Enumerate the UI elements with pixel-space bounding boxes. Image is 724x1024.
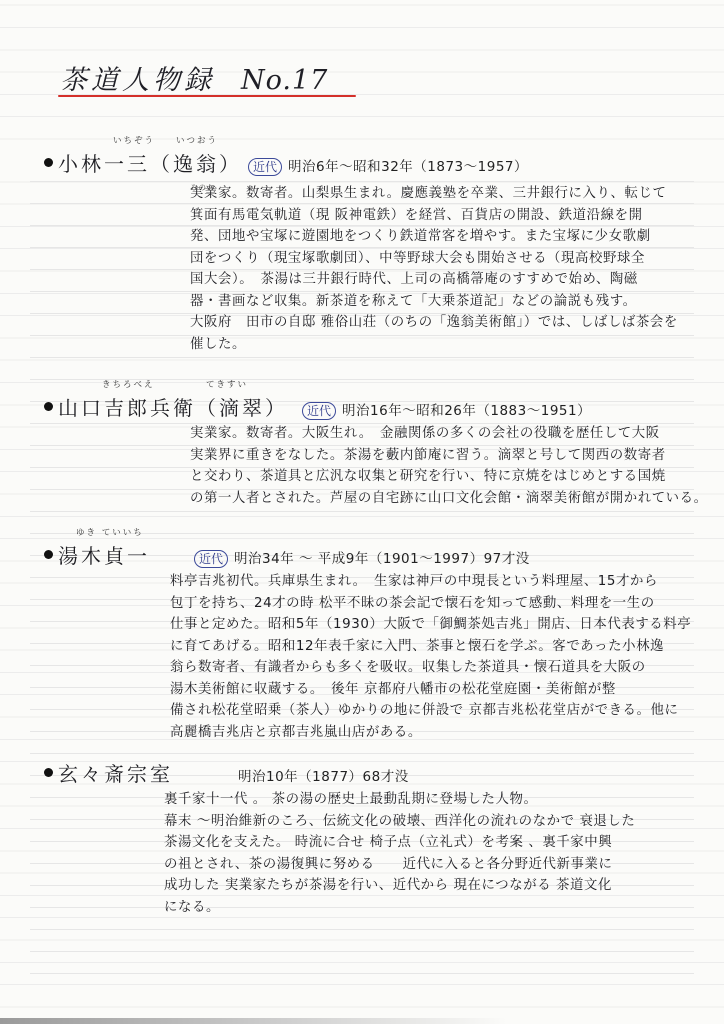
body-line: 包丁を持ち、24才の時 松平不昧の茶会記で懐石を知って感動、料理を一生の <box>170 593 724 615</box>
body-line: 国大会）。 茶湯は三井銀行時代、上司の高橋箒庵のすすめで始め、陶磁 <box>190 269 724 291</box>
body-line: 幕末 〜明治維新のころ、伝統文化の破壊、西洋化の流れのなかで 衰退した <box>164 811 724 833</box>
page-title: 茶道人物録No.17 <box>60 58 352 97</box>
body-line: 団をつくり（現宝塚歌劇団）、中等野球大会も開始させる（現高校野球全 <box>190 248 724 270</box>
entry-kobayashi-ichizo: いちぞう いつおう 小林一三（逸翁） 近代 明治6年〜昭和32年（1873〜19… <box>44 148 704 349</box>
body-line: の第一人者とされた。芦屋の自宅跡に山口文化会館・滴翠美術館が開かれている。 <box>190 488 724 510</box>
body-line: 箕面有馬電気軌道（現 阪神電鉄）を経営、百貨店の開設、鉄道沿線を開 <box>190 205 724 227</box>
body-line: 湯木美術館に収蔵する。 後年 京都府八幡市の松花堂庭園・美術館が整 <box>170 679 724 701</box>
bullet-icon <box>44 768 53 777</box>
body-line: 実業界に重きをなした。茶湯を藪内節庵に習う。滴翠と号して関西の数寄者 <box>190 445 724 467</box>
body-line: 裏千家十一代 。 茶の湯の歴史上最動乱期に登場した人物。 <box>164 789 724 811</box>
body-line: 実業家。数寄者。大阪生れ。 金融関係の多くの会社の役職を歴任して大阪 <box>190 423 724 445</box>
entry-header: いちぞう いつおう 小林一三（逸翁） 近代 明治6年〜昭和32年（1873〜19… <box>44 148 704 177</box>
person-name: ゆき ていいち 湯木貞一 <box>58 540 180 569</box>
furigana-alias: てきすい <box>206 378 248 390</box>
entry-gengensai-soshitsu: 玄々斎宗室 明治10年（1877）68才没 裏千家十一代 。 茶の湯の歴史上最動… <box>44 758 704 916</box>
life-dates: 明治10年（1877）68才没 <box>238 765 409 785</box>
entry-body: 実業家。数寄者。大阪生れ。 金融関係の多くの会社の役職を歴任して大阪 実業界に重… <box>190 423 724 509</box>
body-line: 発、団地や宝塚に遊園地をつくり鉄道常客を増やす。また宝塚に少女歌劇 <box>190 226 724 248</box>
body-line: 実業家。数寄者。山梨県生まれ。慶應義塾を卒業、三井銀行に入り、転じて <box>190 183 724 205</box>
title-red-underline <box>58 95 356 97</box>
entry-yuki-teiichi: ゆき ていいち 湯木貞一 近代 明治34年 〜 平成9年（1901〜1997）9… <box>44 540 704 741</box>
entry-body: 裏千家十一代 。 茶の湯の歴史上最動乱期に登場した人物。 幕末 〜明治維新のころ… <box>164 789 724 918</box>
era-badge: 近代 <box>248 158 282 176</box>
entry-yamaguchi-kichirobei: きちろべえ てきすい 山口吉郎兵衛（滴翠） 近代 明治16年〜昭和26年（188… <box>44 392 704 507</box>
person-name: きちろべえ てきすい 山口吉郎兵衛（滴翠） <box>58 392 288 421</box>
life-dates: 明治34年 〜 平成9年（1901〜1997）97才没 <box>234 547 530 567</box>
furigana-name: ゆき ていいち <box>76 526 144 538</box>
body-line: 催した。 <box>190 334 724 356</box>
scan-edge <box>0 1018 724 1024</box>
body-line: の祖とされ、茶の湯復興に努める 近代に入ると各分野近代新事業に <box>164 854 724 876</box>
body-line: に育てあげる。昭和12年表千家に入門、茶事と懐石を学ぶ。客であった小林逸 <box>170 636 724 658</box>
body-line: 茶湯文化を支えた。 時流に合せ 椅子点（立礼式）を考案 、裏千家中興 <box>164 832 724 854</box>
entry-header: 玄々斎宗室 明治10年（1877）68才没 <box>44 758 704 787</box>
page-number: No.17 <box>241 65 328 96</box>
title-text: 茶道人物録 <box>60 65 215 96</box>
life-dates: 明治6年〜昭和32年（1873〜1957） <box>288 155 528 175</box>
entry-body: みのお 実業家。数寄者。山梨県生まれ。慶應義塾を卒業、三井銀行に入り、転じて 箕… <box>190 183 724 355</box>
person-name: いちぞう いつおう 小林一三（逸翁） <box>58 148 242 177</box>
body-line: 備され松花堂昭乗（茶人）ゆかりの地に併設で 京都吉兆松花堂店ができる。他に <box>170 700 724 722</box>
bullet-icon <box>44 158 53 167</box>
entry-header: きちろべえ てきすい 山口吉郎兵衛（滴翠） 近代 明治16年〜昭和26年（188… <box>44 392 704 421</box>
furigana-name: いちぞう <box>113 134 155 146</box>
body-line: 大阪府 田市の自邸 雅俗山荘（のちの「逸翁美術館」）では、しばしば茶会を <box>190 312 724 334</box>
era-badge: 近代 <box>302 402 336 420</box>
body-line: 料亭吉兆初代。兵庫県生まれ。 生家は神戸の中現長という料理屋、15才から <box>170 571 724 593</box>
entry-header: ゆき ていいち 湯木貞一 近代 明治34年 〜 平成9年（1901〜1997）9… <box>44 540 704 569</box>
entry-body: 料亭吉兆初代。兵庫県生まれ。 生家は神戸の中現長という料理屋、15才から 包丁を… <box>170 571 724 743</box>
body-line: 翁ら数寄者、有識者からも多くを吸収。収集した茶道具・懐石道具を大阪の <box>170 657 724 679</box>
body-line: になる。 <box>164 897 724 919</box>
era-badge: 近代 <box>194 550 228 568</box>
person-name: 玄々斎宗室 <box>58 758 208 787</box>
bullet-icon <box>44 550 53 559</box>
notebook-page: 茶道人物録No.17 いちぞう いつおう 小林一三（逸翁） 近代 明治6年〜昭和… <box>0 0 724 1024</box>
body-line: と交わり、茶道具と広汎な収集と研究を行い、特に京焼をはじめとする国焼 <box>190 466 724 488</box>
body-line: 器・書画など収集。新茶道を称えて「大乗茶道記」などの論説も残す。 <box>190 291 724 313</box>
annotation: みのお <box>190 177 216 199</box>
body-line: 高麗橋吉兆店と京都吉兆嵐山店がある。 <box>170 722 724 744</box>
body-line: 仕事と定めた。昭和5年（1930）大阪で「御鯛茶処吉兆」開店、日本代表する料亭 <box>170 614 724 636</box>
page-header: 茶道人物録No.17 <box>60 58 352 97</box>
furigana-alias: いつおう <box>176 134 218 146</box>
bullet-icon <box>44 402 53 411</box>
life-dates: 明治16年〜昭和26年（1883〜1951） <box>342 399 591 419</box>
furigana-name: きちろべえ <box>102 378 155 390</box>
body-line: 成功した 実業家たちが茶湯を行い、近代から 現在につながる 茶道文化 <box>164 875 724 897</box>
